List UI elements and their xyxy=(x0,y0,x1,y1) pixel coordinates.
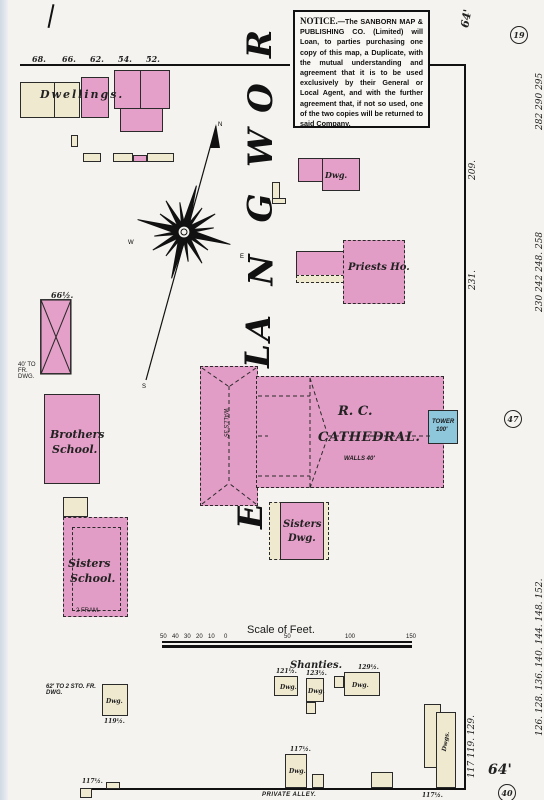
dwg-label: Dwg. xyxy=(289,768,306,775)
scale-bar-inner xyxy=(162,643,412,645)
notice-text: —The SANBORN MAP & PUBLISHING CO. (Limit… xyxy=(300,17,423,128)
dwg-label: Dwg. xyxy=(352,682,369,689)
address-209: 209. xyxy=(468,160,478,180)
address-129-half: 129½. xyxy=(358,664,379,671)
street-letter-R: R xyxy=(240,30,280,58)
scan-edge xyxy=(0,0,8,800)
scale-tick: 50 xyxy=(284,634,291,640)
scale-tick: 0 xyxy=(224,634,227,640)
address-range-282-295: 282 290 295 xyxy=(535,73,544,130)
sisters-dwg-label-2: Dwg. xyxy=(288,533,316,544)
svg-text:W: W xyxy=(128,240,134,246)
priests-house-porch xyxy=(296,275,344,283)
street-line-top xyxy=(20,64,290,66)
address-66: 66. xyxy=(62,54,76,64)
scale-tick: 30 xyxy=(184,634,191,640)
street-line-top-right xyxy=(430,64,464,66)
scale-tick: 50 xyxy=(160,634,167,640)
dwelling-north xyxy=(298,158,323,182)
brothers-school-label-2: School. xyxy=(52,443,97,456)
scale-tick: 10 xyxy=(208,634,215,640)
tower-height: 100' xyxy=(436,427,447,433)
walls-35-label: WALLS 35' xyxy=(222,408,228,438)
outbuilding xyxy=(371,772,393,788)
sisters-school-label-1: Sisters xyxy=(68,557,110,570)
address-range-117-129: 117 119. 129. xyxy=(467,715,477,778)
address-54: 54. xyxy=(118,54,132,64)
compass-rose-icon: N S W E xyxy=(120,118,260,398)
note-62-to-2sto: 62' TO 2 STO. FR. DWG. xyxy=(46,684,108,696)
dwg-north-label: Dwg. xyxy=(325,170,347,180)
cathedral-label: CATHEDRAL. xyxy=(318,430,420,445)
sisters-dwg-label-1: Sisters xyxy=(283,519,322,530)
address-range-230-258: 230 242 248. 258 xyxy=(535,232,544,312)
address-68: 68. xyxy=(32,54,46,64)
scale-tick: 20 xyxy=(196,634,203,640)
sisters-dwelling xyxy=(280,502,324,560)
dwg-label: Dwg. xyxy=(308,688,325,695)
outbuilding xyxy=(106,782,120,789)
scale-tick: 40 xyxy=(172,634,179,640)
svg-text:S: S xyxy=(142,384,146,390)
block-line-right xyxy=(464,64,466,790)
street-width-top: 64' xyxy=(458,8,474,29)
notice-heading: NOTICE. xyxy=(300,16,338,26)
dwg-label: Dwg. xyxy=(280,684,297,691)
scale-tick: 150 xyxy=(406,634,416,640)
address-231: 231. xyxy=(468,270,478,290)
sisters-school-label-2: School. xyxy=(70,572,115,585)
address-117-half: 117½. xyxy=(422,792,443,799)
address-62: 62. xyxy=(90,54,104,64)
address-123-half: 123½. xyxy=(306,670,327,677)
outbuilding xyxy=(83,153,101,162)
sheet-ref-19: 19 xyxy=(510,26,528,44)
scale-title: Scale of Feet. xyxy=(247,624,315,636)
sisters-school-annex xyxy=(63,497,88,517)
note-40-to-fr-dwg: 40' TO FR. DWG. xyxy=(18,362,42,380)
shanty xyxy=(306,702,316,714)
notice-box: NOTICE.—The SANBORN MAP & PUBLISHING CO.… xyxy=(293,10,430,128)
private-alley-label: PRIVATE ALLEY. xyxy=(262,792,316,798)
address-119-half: 119½. xyxy=(104,718,125,725)
sheet-ref-40: 40 xyxy=(498,784,516,800)
dwelling-52 xyxy=(140,70,170,109)
address-117-half: 117½. xyxy=(82,778,103,785)
address-117-half: 117½. xyxy=(290,746,311,753)
dwellings-label: Dwellings. xyxy=(40,88,124,101)
priests-ho-label: Priests Ho. xyxy=(348,262,410,273)
address-121-half: 121½. xyxy=(276,668,297,675)
frame-note: 2 FRAM. xyxy=(76,608,100,614)
address-range-126-152: 126. 128. 136. 140. 144. 148. 152. xyxy=(535,579,544,736)
scale-tick: 100 xyxy=(345,634,355,640)
tower-label: TOWER xyxy=(432,419,454,425)
rc-label: R. C. xyxy=(338,404,373,419)
dwg-label: Dwg. xyxy=(106,698,123,705)
outbuilding xyxy=(312,774,324,788)
outbuilding xyxy=(80,788,92,798)
sheet-ref-47: 47 xyxy=(504,410,522,428)
svg-text:E: E xyxy=(240,254,244,260)
street-letter-E: E xyxy=(231,503,271,529)
building-66-half xyxy=(40,299,72,375)
street-letter-O: O xyxy=(241,83,281,113)
street-width-bottom: 64' xyxy=(488,762,512,778)
alley-line-bottom xyxy=(80,788,466,790)
svg-text:N: N xyxy=(218,122,222,128)
outbuilding xyxy=(272,198,286,204)
shanty xyxy=(334,676,344,688)
walls-40-label: WALLS 40' xyxy=(344,456,375,462)
priests-house-wing xyxy=(296,251,344,276)
pencil-mark xyxy=(48,4,54,28)
brothers-school-label-1: Brothers xyxy=(50,428,105,441)
outbuilding xyxy=(71,135,78,147)
address-52: 52. xyxy=(146,54,160,64)
